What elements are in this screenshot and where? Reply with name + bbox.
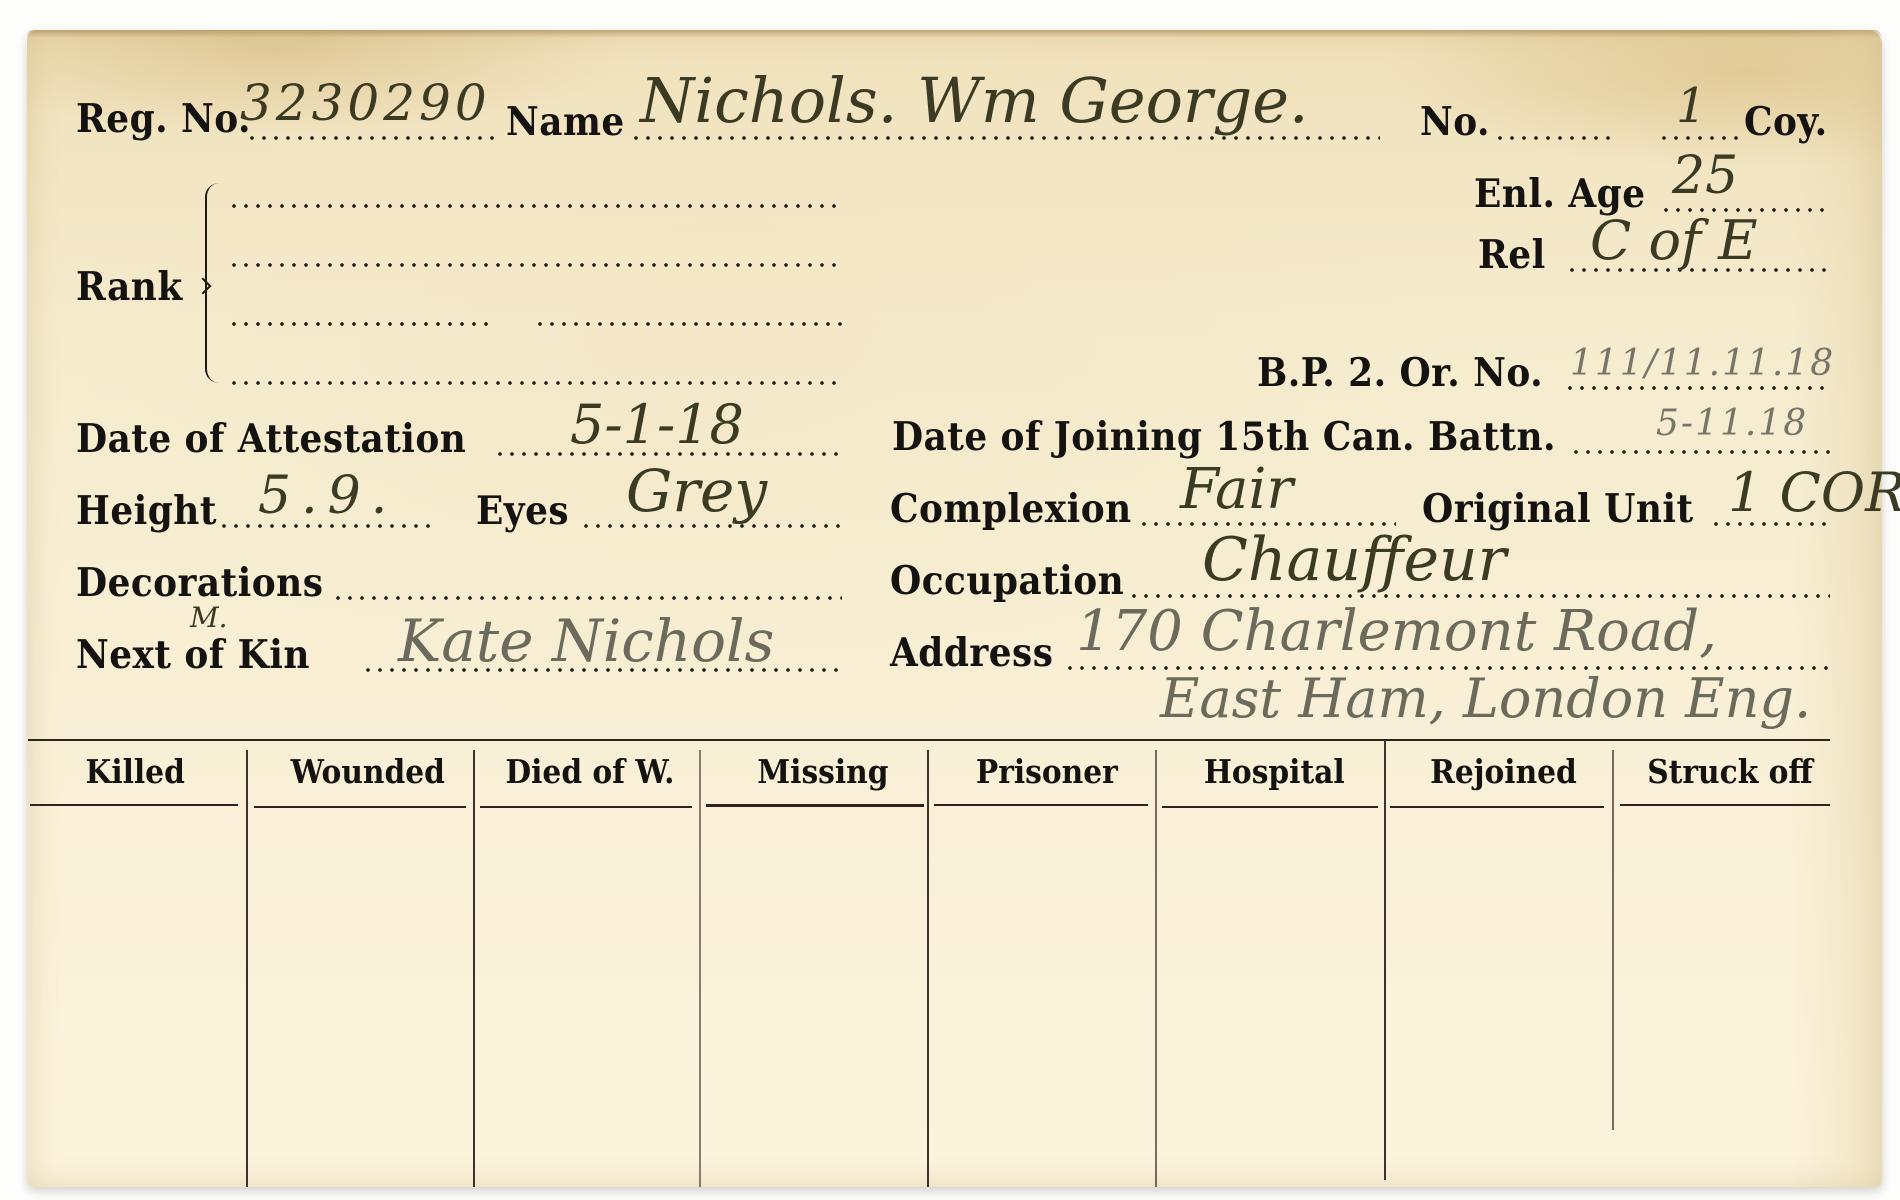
column-header-prisoner: Prisoner xyxy=(976,752,1118,791)
name-value: Nichols. Wm George. xyxy=(640,70,1309,132)
column-divider-7 xyxy=(1612,750,1614,1130)
header-underline-missing xyxy=(706,804,924,807)
rank-line-4 xyxy=(228,381,842,385)
reg-no-value: 3230290 xyxy=(240,78,491,128)
column-header-rejoined: Rejoined xyxy=(1430,752,1577,791)
original-unit-label: Original Unit xyxy=(1422,490,1694,529)
column-header-missing: Missing xyxy=(757,752,888,791)
decorations-label: Decorations xyxy=(76,564,323,603)
column-header-killed: Killed xyxy=(86,752,185,791)
enl-age-value: 25 xyxy=(1672,150,1738,202)
table-top-rule xyxy=(28,739,1830,741)
date-of-joining-dotted-line xyxy=(1570,450,1830,454)
coy-dotted-line xyxy=(1658,136,1740,140)
date-of-joining-label: Date of Joining 15th Can. Battn. xyxy=(892,418,1556,457)
header-underline-struck-off xyxy=(1620,804,1830,806)
coy-label: Coy. xyxy=(1744,103,1828,142)
address-line-2: East Ham, London Eng. xyxy=(1160,672,1811,726)
column-divider-2 xyxy=(473,750,475,1187)
rel-value: C of E xyxy=(1590,214,1758,268)
reg-no-label: Reg. No. xyxy=(76,100,251,139)
header-underline-died xyxy=(480,806,692,808)
column-header-hospital: Hospital xyxy=(1204,752,1345,791)
next-of-kin-label: Next of Kin xyxy=(76,636,310,675)
header-underline-killed xyxy=(30,804,238,806)
rank-line-3a xyxy=(228,322,488,326)
reg-no-dotted-line xyxy=(246,136,494,140)
column-divider-5 xyxy=(1155,750,1157,1187)
name-label: Name xyxy=(506,103,625,142)
column-divider-4 xyxy=(927,750,929,1187)
date-of-attestation-label: Date of Attestation xyxy=(76,420,466,459)
column-header-wounded: Wounded xyxy=(291,752,445,791)
bp2-or-no-label: B.P. 2. Or. No. xyxy=(1257,354,1543,393)
rank-line-3b xyxy=(534,322,842,326)
column-divider-1 xyxy=(246,750,248,1187)
height-label: Height xyxy=(76,492,217,531)
decorations-dotted-line xyxy=(332,596,842,600)
bp2-or-no-value: 111/11.11.18 xyxy=(1570,346,1835,382)
complexion-label: Complexion xyxy=(890,490,1132,529)
header-underline-prisoner xyxy=(934,804,1148,806)
header-underline-wounded xyxy=(254,806,466,808)
date-of-joining-value: 5-11.18 xyxy=(1656,406,1808,442)
occupation-value: Chauffeur xyxy=(1202,530,1506,590)
header-underline-rejoined xyxy=(1390,806,1604,808)
coy-value: 1 xyxy=(1676,82,1707,130)
column-divider-3 xyxy=(699,750,701,1187)
column-header-died-of-wounds: Died of W. xyxy=(505,752,674,791)
column-header-struck-off: Struck off xyxy=(1647,752,1813,791)
rank-line-2 xyxy=(228,263,842,267)
original-unit-value: 1 COR xyxy=(1728,466,1900,520)
eyes-label: Eyes xyxy=(476,492,569,531)
next-of-kin-value: Kate Nichols xyxy=(398,612,774,670)
eyes-value: Grey xyxy=(626,462,767,520)
next-of-kin-prefix: M. xyxy=(190,604,228,632)
address-label: Address xyxy=(890,634,1053,673)
occupation-label: Occupation xyxy=(890,562,1124,601)
rank-label: Rank xyxy=(76,268,183,307)
complexion-value: Fair xyxy=(1180,462,1293,518)
no-dotted-line xyxy=(1494,136,1614,140)
no-label: No. xyxy=(1420,103,1490,142)
bp2-or-no-dotted-line xyxy=(1564,386,1830,390)
date-of-attestation-value: 5-1-18 xyxy=(570,398,744,452)
height-value: 5.9. xyxy=(258,470,397,522)
paper-stain xyxy=(1792,30,1882,1187)
rank-line-1 xyxy=(228,204,842,208)
address-line-1: 170 Charlemont Road, xyxy=(1076,604,1717,660)
column-divider-6 xyxy=(1384,740,1386,1180)
header-underline-hospital xyxy=(1162,806,1378,808)
rel-label: Rel xyxy=(1478,236,1546,275)
